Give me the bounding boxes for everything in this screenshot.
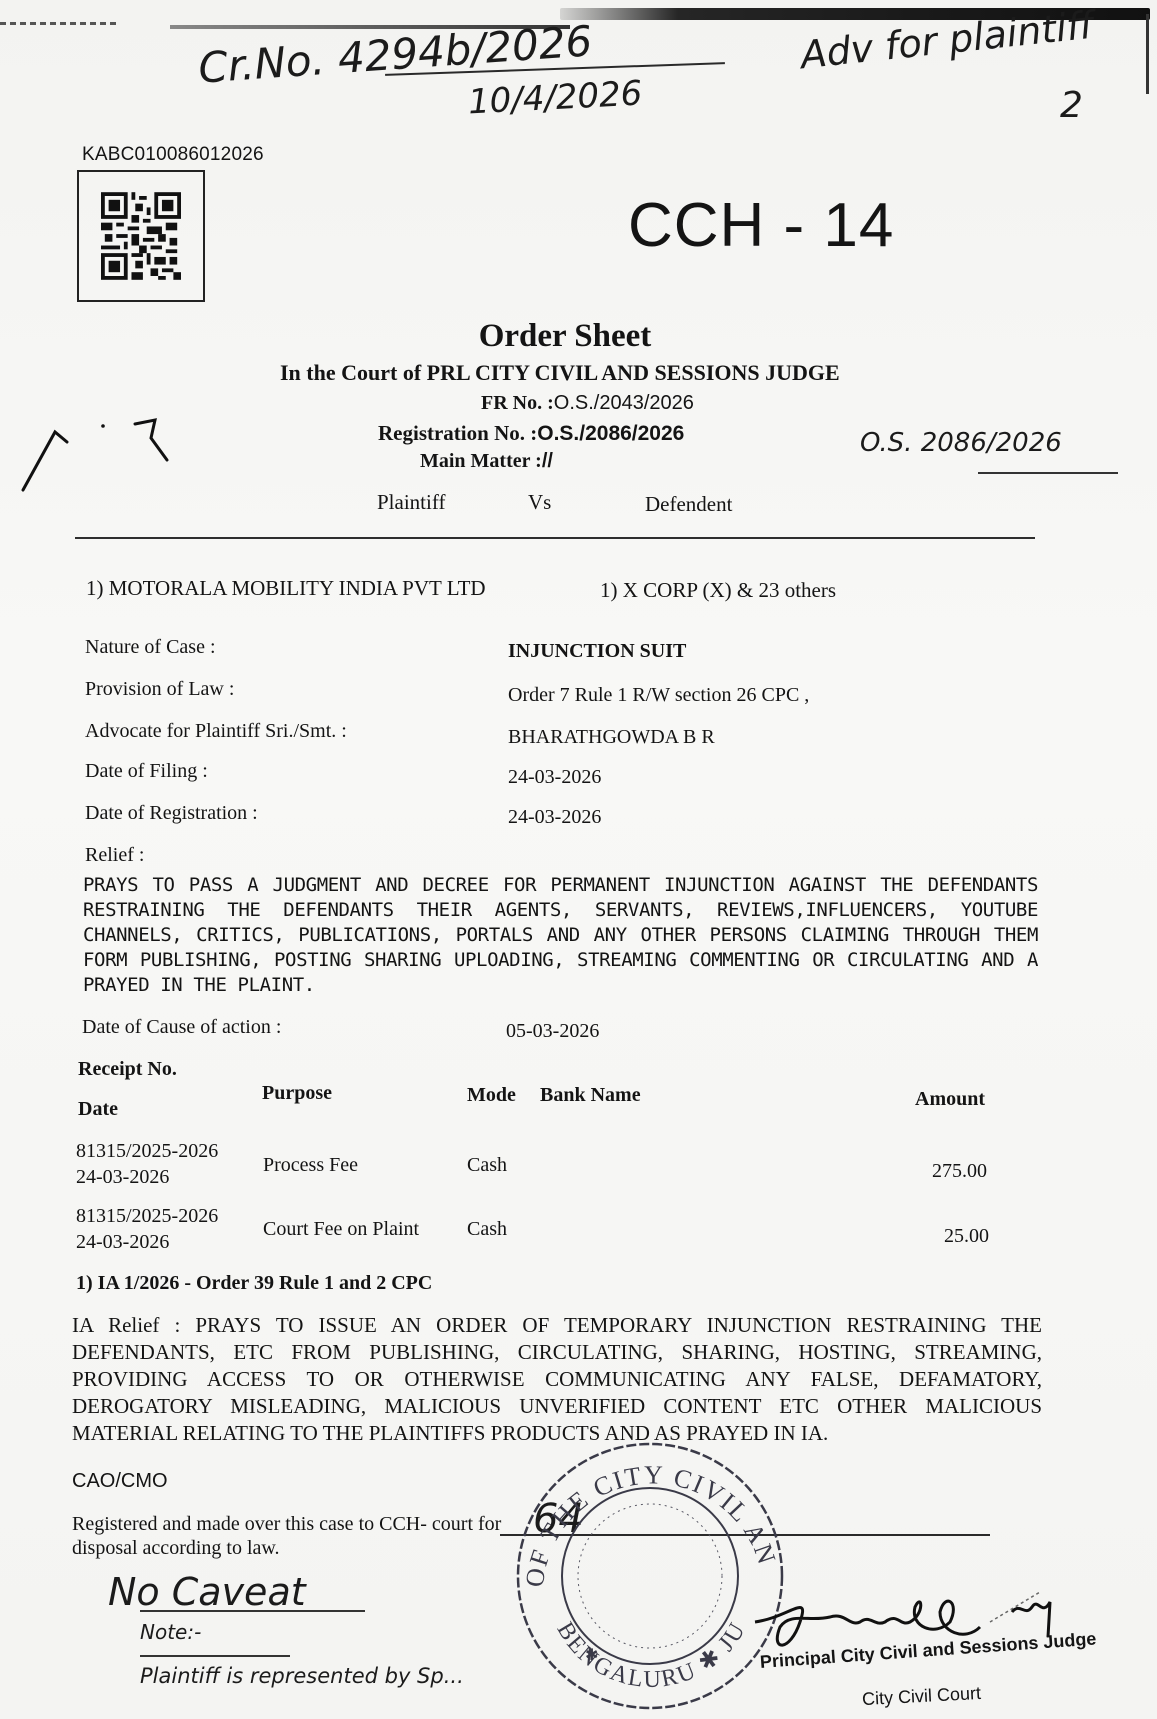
registration-value: O.S./2086/2026	[537, 422, 684, 445]
ia-title: 1) IA 1/2026 - Order 39 Rule 1 and 2 CPC	[76, 1272, 432, 1295]
header-divider	[75, 537, 1035, 539]
relief-label: Relief :	[85, 844, 144, 867]
field-value-provision-of-law: Order 7 Rule 1 R/W section 26 CPC ,	[508, 684, 809, 707]
fr-value: O.S./2043/2026	[554, 392, 694, 414]
cell-mode: Cash	[467, 1218, 507, 1241]
page-title: Order Sheet	[0, 318, 1130, 355]
handwritten-no-caveat: No Caveat	[108, 1570, 306, 1614]
main-matter: Main Matter ://	[420, 450, 553, 473]
registration-number: Registration No. :O.S./2086/2026	[378, 421, 684, 446]
handwritten-case-ref: O.S. 2086/2026	[860, 428, 1062, 458]
registration-label: Registration No. :	[378, 421, 537, 445]
handwritten-advocate-mark: 2	[1060, 85, 1083, 126]
fr-label: FR No. :	[481, 392, 554, 414]
svg-text:✱: ✱	[585, 1645, 598, 1664]
fr-number: FR No. :O.S./2043/2026	[481, 392, 694, 415]
cell-mode: Cash	[467, 1154, 507, 1177]
handwritten-note-text: Plaintiff is represented by Sp...	[140, 1664, 464, 1688]
cell-receipt-no: 81315/2025-2026	[76, 1140, 218, 1163]
registered-statement: Registered and made over this case to CC…	[72, 1512, 532, 1560]
column-header-date: Date	[78, 1098, 118, 1121]
barcode-id: KABC010086012026	[82, 144, 264, 166]
versus-header: Vs	[528, 490, 551, 515]
qr-code-icon	[101, 192, 181, 280]
cell-date: 24-03-2026	[76, 1231, 169, 1254]
main-matter-value: //	[542, 450, 553, 472]
court-name: In the Court of PRL CITY CIVIL AND SESSI…	[280, 360, 840, 386]
ia-relief-text: IA Relief : PRAYS TO ISSUE AN ORDER OF T…	[72, 1312, 1042, 1447]
cell-receipt-no: 81315/2025-2026	[76, 1205, 218, 1228]
cell-date: 24-03-2026	[76, 1166, 169, 1189]
field-value-date-of-filing: 24-03-2026	[508, 766, 601, 789]
svg-text:OF THE CITY CIVIL AND SESSIONS: OF THE CITY CIVIL AND SESSIONS	[505, 1428, 782, 1589]
handwritten-note-label: Note:-	[140, 1620, 201, 1644]
handwritten-cr-date: 10/4/2026	[467, 73, 643, 122]
plaintiff-header: Plaintiff	[377, 490, 445, 515]
defendant-header: Defendent	[645, 492, 732, 517]
cell-amount: 25.00	[944, 1225, 989, 1248]
field-label-provision-of-law: Provision of Law :	[85, 678, 234, 701]
signatory-court: City Civil Court	[862, 1683, 982, 1710]
handwritten-underline	[140, 1610, 365, 1612]
court-seal-icon: OF THE CITY CIVIL AND SESSIONS BENGALURU…	[505, 1428, 795, 1718]
column-header-receipt-no: Receipt No.	[78, 1058, 177, 1081]
handwritten-underline	[140, 1655, 290, 1657]
scan-edge-mark	[0, 22, 120, 25]
field-value-nature-of-case: INJUNCTION SUIT	[508, 640, 686, 663]
field-label-date-of-registration: Date of Registration :	[85, 802, 258, 825]
main-matter-label: Main Matter :	[420, 450, 542, 472]
field-value-date-of-registration: 24-03-2026	[508, 806, 601, 829]
cause-of-action-value: 05-03-2026	[506, 1020, 599, 1043]
cell-amount: 275.00	[932, 1160, 987, 1183]
field-value-advocate: BHARATHGOWDA B R	[508, 726, 715, 749]
cell-purpose: Process Fee	[263, 1154, 358, 1177]
court-hall-number: CCH - 14	[628, 190, 894, 261]
plaintiff-name: 1) MOTORALA MOBILITY INDIA PVT LTD	[86, 576, 486, 601]
defendant-name: 1) X CORP (X) & 23 others	[600, 578, 836, 603]
handwritten-underline	[978, 472, 1118, 474]
qr-code-frame	[77, 170, 205, 302]
scan-edge-mark	[1146, 14, 1149, 94]
column-header-mode: Mode	[467, 1084, 516, 1107]
field-label-nature-of-case: Nature of Case :	[85, 636, 216, 659]
handwritten-margin-mark-icon	[15, 410, 175, 500]
column-header-purpose: Purpose	[262, 1082, 332, 1105]
cell-purpose: Court Fee on Plaint	[263, 1218, 419, 1241]
column-header-bank-name: Bank Name	[540, 1084, 641, 1107]
field-label-advocate: Advocate for Plaintiff Sri./Smt. :	[85, 720, 347, 743]
relief-text: PRAYS TO PASS A JUDGMENT AND DECREE FOR …	[83, 873, 1038, 998]
cause-of-action-label: Date of Cause of action :	[82, 1016, 281, 1039]
order-sheet-page: Cr.No. 4294b/2026 10/4/2026 Adv for plai…	[0, 0, 1157, 1719]
field-label-date-of-filing: Date of Filing :	[85, 760, 208, 783]
column-header-amount: Amount	[915, 1088, 985, 1111]
cao-cmo-label: CAO/CMO	[72, 1470, 168, 1493]
